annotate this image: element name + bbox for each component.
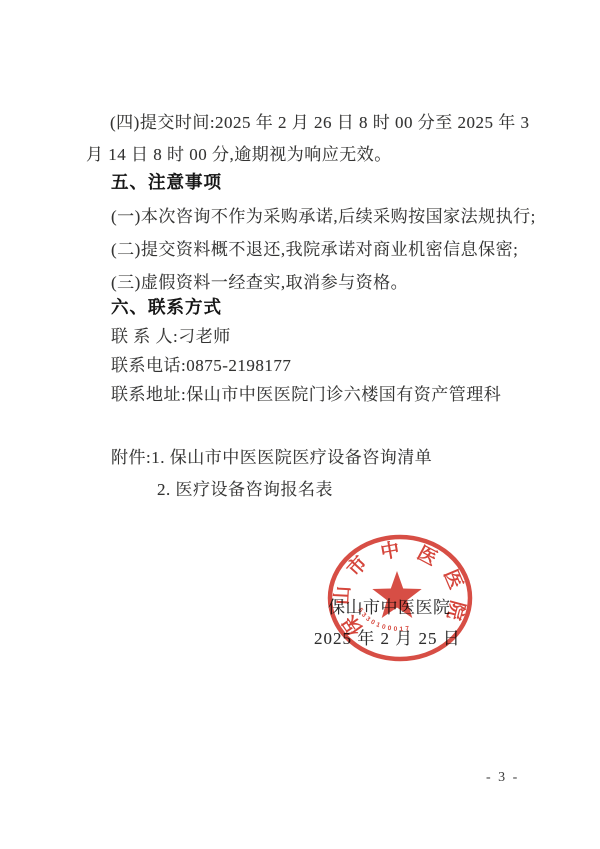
seal-ring-char: 山 bbox=[331, 585, 354, 605]
contact-phone-line: 联系电话:0875-2198177 bbox=[111, 357, 291, 374]
official-seal: 保 山 市 中 医 医 院 5330100017 bbox=[320, 528, 480, 673]
seal-star-icon bbox=[372, 571, 421, 618]
notes-item-3: (三)虚假资料一经查实,取消参与资格。 bbox=[111, 274, 408, 291]
document-page: (四)提交时间:2025 年 2 月 26 日 8 时 00 分至 2025 年… bbox=[0, 0, 600, 849]
attachment-line-1: 附件:1. 保山市中医医院医疗设备咨询清单 bbox=[111, 449, 432, 466]
notes-item-1: (一)本次咨询不作为采购承诺,后续采购按国家法规执行; bbox=[111, 208, 536, 225]
page-number: - 3 - bbox=[486, 770, 519, 786]
notes-item-2: (二)提交资料概不退还,我院承诺对商业机密信息保密; bbox=[111, 241, 518, 258]
attachment-line-2: 2. 医疗设备咨询报名表 bbox=[157, 481, 333, 498]
contact-person-line: 联 系 人:刁老师 bbox=[111, 328, 231, 345]
section-notes-heading: 五、注意事项 bbox=[111, 174, 222, 192]
submission-time-line1: (四)提交时间:2025 年 2 月 26 日 8 时 00 分至 2025 年… bbox=[110, 114, 530, 131]
submission-time-line2: 月 14 日 8 时 00 分,逾期视为响应无效。 bbox=[86, 146, 392, 163]
section-contact-heading: 六、联系方式 bbox=[111, 299, 222, 317]
contact-address-line: 联系地址:保山市中医医院门诊六楼国有资产管理科 bbox=[111, 386, 501, 403]
seal-ring-char: 中 bbox=[379, 538, 402, 564]
